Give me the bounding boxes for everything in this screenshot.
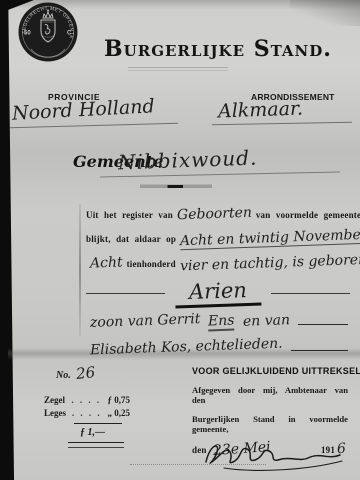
gemeente-value-handwritten: Nibbixwoud. (118, 146, 258, 175)
certified-extract-heading: VOOR GELIJKLUIDEND UITTREKSEL. (192, 366, 348, 376)
fee-dots: . . . . (71, 395, 101, 405)
body-line-date: blijkt, dat aldaar op Acht en twintig No… (86, 230, 350, 247)
fee-amount: „ 0,25 (108, 408, 131, 418)
faint-bottom-line (130, 464, 266, 465)
fee-row-leges: Leges . . . . „ 0,25 (44, 408, 130, 418)
year-prefix-handwritten: Acht (90, 254, 123, 271)
gemeente-divider (140, 184, 212, 188)
document-photo: ZEGELRECHT MET OPCENTEN 50 C Burgerlijke… (0, 0, 360, 480)
vertical-crease (79, 204, 81, 336)
body-line-register: Uit het register van Geboorten van voorm… (86, 206, 350, 222)
fee-amount: ƒ 0,75 (108, 395, 131, 405)
extract-body: Uit het register van Geboorten van voorm… (86, 206, 350, 363)
year-suffix-handwritten: vier en tachtig, is geboren: (180, 252, 360, 275)
mother-name-handwritten: Elisabeth Kos, echtelieden. (90, 336, 283, 359)
number-value-handwritten: 26 (75, 363, 96, 383)
name-right-rule (271, 293, 350, 294)
issued-line-1: Afgegeven door mij, Ambtenaar van den (192, 385, 348, 405)
body-line-year: Acht tienhonderd vier en tachtig, is geb… (86, 255, 350, 271)
title-divider (128, 67, 228, 71)
fee-label: Zegel (44, 395, 65, 405)
register-type-handwritten: Geboorten (177, 205, 252, 224)
arrondissement-value-handwritten: Alkmaar. (218, 98, 304, 123)
child-name-handwritten: Arien (175, 278, 262, 309)
number-label: No. (56, 370, 71, 381)
document-title: Burgerlijke Stand. (84, 36, 352, 62)
printed-text: blijkt, dat aldaar op (86, 234, 176, 244)
trailing-dash-line (298, 324, 348, 325)
seal-value-right: C (67, 31, 72, 37)
official-signature (196, 438, 348, 472)
printed-text: van voormelde gemeente (256, 210, 360, 220)
body-line-father: zoon van Gerrit Ens en van (86, 313, 350, 331)
seal-value-left: 50 (24, 31, 31, 37)
fees-sum-rule (74, 423, 122, 424)
fees-table: Zegel . . . . ƒ 0,75 Leges . . . . „ 0,2… (44, 395, 130, 421)
birth-day-handwritten: Acht en twintig November (180, 227, 360, 251)
issued-line-2: Burgerlijken Stand in voormelde gemeente… (192, 414, 348, 434)
photo-top-right-shade (290, 0, 360, 26)
body-line-name: Arien (86, 279, 350, 307)
fee-dots: . . . . (72, 408, 102, 418)
parents-handwritten: en van (243, 312, 291, 330)
fee-row-zegel: Zegel . . . . ƒ 0,75 (44, 395, 130, 405)
fees-total: ƒ 1,— (80, 427, 105, 438)
father-surname-handwritten: Ens (208, 313, 235, 332)
body-line-mother: Elisabeth Kos, echtelieden. (86, 339, 350, 355)
parents-handwritten: zoon van Gerrit (90, 311, 201, 331)
fee-label: Leges (44, 408, 66, 418)
trailing-dash-line (291, 350, 348, 351)
name-left-rule (86, 293, 165, 294)
fees-double-rule (68, 442, 124, 448)
revenue-stamp-seal: ZEGELRECHT MET OPCENTEN 50 C (17, 1, 79, 63)
printed-text: Uit het register van (86, 210, 173, 220)
printed-text: tienhonderd (127, 259, 176, 269)
